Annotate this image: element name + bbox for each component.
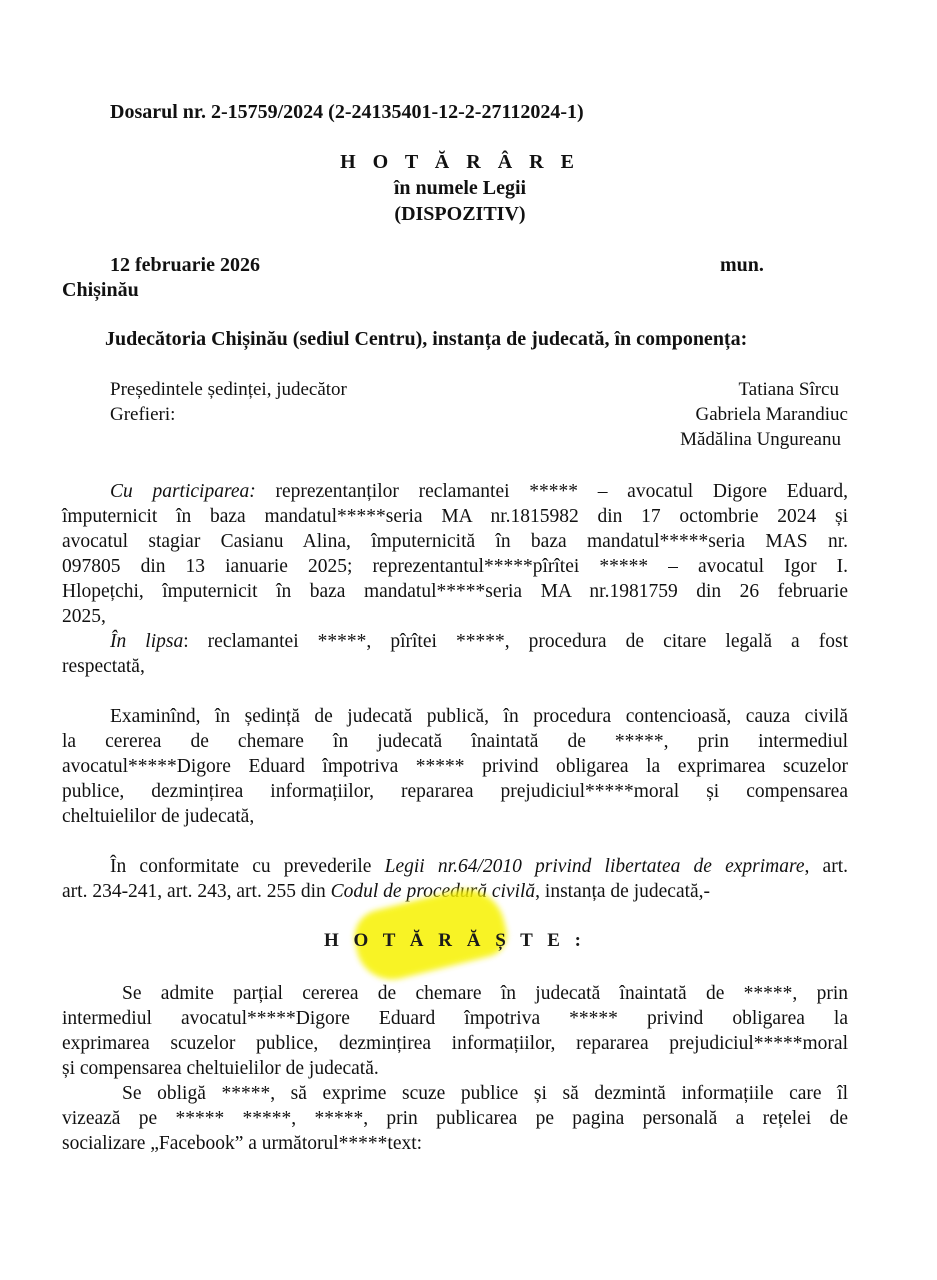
participation-label: Cu participarea: (110, 481, 256, 502)
president-label: Președintele ședinței, judecător (110, 379, 347, 401)
examination-paragraph: Examinînd, în ședință de judecată public… (62, 704, 848, 829)
president-name: Tatiana Sîrcu (739, 379, 840, 401)
participation-paragraph: Cu participarea: reprezentanților reclam… (62, 479, 848, 679)
decides-heading: H O T Ă R Ă Ș T E : (0, 930, 910, 952)
ruling-paragraph-2: Se obligă *****, să exprime scuze public… (62, 1081, 848, 1156)
clerk-name-1: Gabriela Marandiuc (696, 404, 848, 426)
absence-label: În lipsa (110, 631, 183, 652)
ruling-paragraph-1: Se admite parțial cererea de chemare în … (62, 981, 848, 1081)
clerk-name-2: Mădălina Ungureanu (680, 429, 841, 451)
law-reference: Legii nr.64/2010 privind libertatea de e… (385, 856, 805, 877)
decision-title: H O T Ă R Â R E (0, 151, 920, 174)
decision-date: 12 februarie 2026 (110, 254, 260, 277)
decision-type: (DISPOZITIV) (0, 203, 920, 226)
location-prefix: mun. (720, 254, 764, 277)
decision-subtitle: în numele Legii (0, 177, 920, 200)
case-number: Dosarul nr. 2-15759/2024 (2-24135401-12-… (110, 101, 584, 124)
location-city: Chișinău (62, 279, 139, 302)
clerks-label: Grefieri: (110, 404, 175, 426)
court-composition-heading: Judecătoria Chișinău (sediul Centru), in… (105, 328, 747, 351)
